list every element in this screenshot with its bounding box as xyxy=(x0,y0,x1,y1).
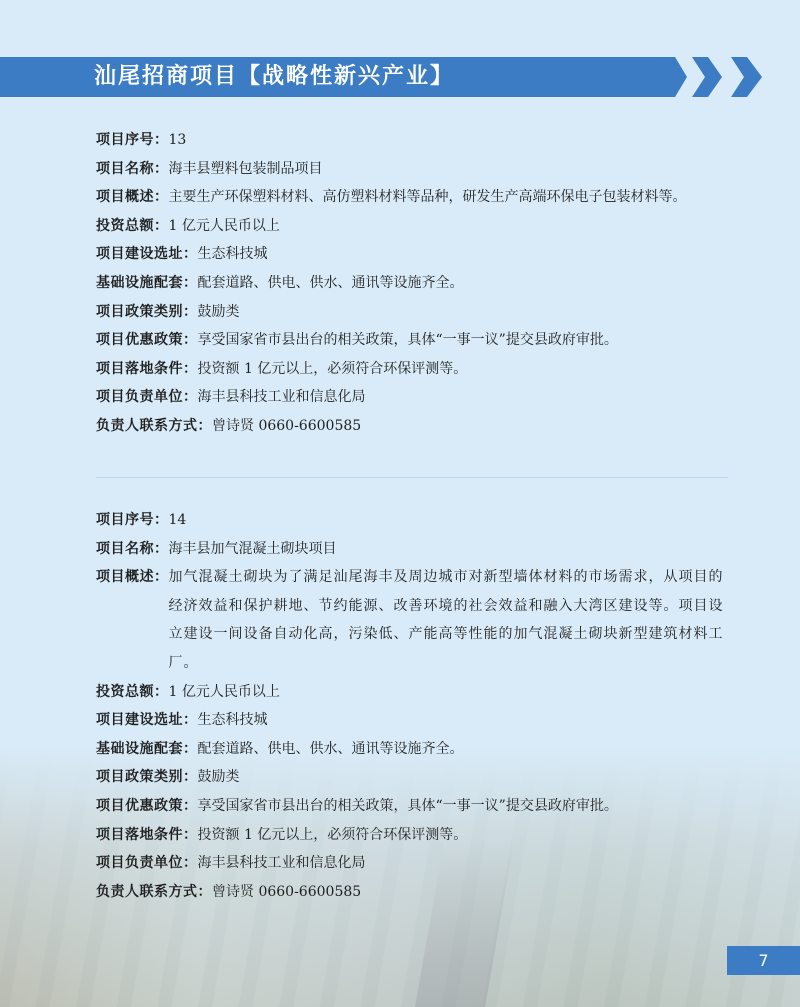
field-responsible-unit: 项目负责单位：海丰县科技工业和信息化局 xyxy=(96,383,736,412)
field-infrastructure: 基础设施配套：配套道路、供电、供水、通讯等设施齐全。 xyxy=(96,269,736,298)
field-conditions: 项目落地条件：投资额 1 亿元以上，必须符合环保评测等。 xyxy=(96,355,736,384)
field-label: 项目概述： xyxy=(96,183,169,212)
field-value: 1 亿元人民币以上 xyxy=(169,212,737,241)
field-contact: 负责人联系方式：曾诗贤 0660-6600585 xyxy=(96,412,736,441)
field-investment: 投资总额：1 亿元人民币以上 xyxy=(96,212,736,241)
field-label: 项目名称： xyxy=(96,535,169,564)
field-investment: 投资总额：1 亿元人民币以上 xyxy=(96,678,736,707)
field-label: 投资总额： xyxy=(96,678,169,707)
field-name: 项目名称：海丰县塑料包装制品项目 xyxy=(96,155,736,184)
field-label: 项目负责单位： xyxy=(96,383,198,412)
field-label: 项目负责单位： xyxy=(96,849,198,878)
field-value: 主要生产环保塑料材料、高仿塑料材料等品种，研发生产高端环保电子包装材料等。 xyxy=(169,183,737,212)
field-value: 生态科技城 xyxy=(198,706,737,735)
field-value: 享受国家省市县出台的相关政策，具体“一事一议”提交县政府审批。 xyxy=(198,326,737,355)
field-value: 14 xyxy=(169,506,737,535)
section-banner: 汕尾招商项目【战略性新兴产业】 xyxy=(0,57,800,97)
field-label: 项目优惠政策： xyxy=(96,792,198,821)
field-serial: 项目序号：14 xyxy=(96,506,736,535)
field-value: 配套道路、供电、供水、通讯等设施齐全。 xyxy=(198,269,737,298)
field-value: 海丰县塑料包装制品项目 xyxy=(169,155,737,184)
field-site: 项目建设选址：生态科技城 xyxy=(96,706,736,735)
field-label: 项目名称： xyxy=(96,155,169,184)
project-block-13: 项目序号：13 项目名称：海丰县塑料包装制品项目 项目概述：主要生产环保塑料材料… xyxy=(96,126,736,441)
field-value: 曾诗贤 0660-6600585 xyxy=(212,878,736,907)
field-value: 配套道路、供电、供水、通讯等设施齐全。 xyxy=(198,735,737,764)
field-label: 负责人联系方式： xyxy=(96,412,212,441)
field-label: 基础设施配套： xyxy=(96,269,198,298)
page-number: 7 xyxy=(727,946,800,975)
field-responsible-unit: 项目负责单位：海丰县科技工业和信息化局 xyxy=(96,849,736,878)
field-label: 负责人联系方式： xyxy=(96,878,212,907)
field-value: 海丰县科技工业和信息化局 xyxy=(198,383,737,412)
field-value: 1 亿元人民币以上 xyxy=(169,678,737,707)
field-preferential-policy: 项目优惠政策：享受国家省市县出台的相关政策，具体“一事一议”提交县政府审批。 xyxy=(96,792,736,821)
field-label: 项目建设选址： xyxy=(96,240,198,269)
field-value: 享受国家省市县出台的相关政策，具体“一事一议”提交县政府审批。 xyxy=(198,792,737,821)
field-value: 13 xyxy=(169,126,737,155)
field-label: 项目序号： xyxy=(96,506,169,535)
field-value: 鼓励类 xyxy=(198,763,737,792)
field-value: 曾诗贤 0660-6600585 xyxy=(212,412,736,441)
field-label: 项目序号： xyxy=(96,126,169,155)
field-site: 项目建设选址：生态科技城 xyxy=(96,240,736,269)
field-label: 项目落地条件： xyxy=(96,821,198,850)
field-name: 项目名称：海丰县加气混凝土砌块项目 xyxy=(96,535,736,564)
field-label: 项目概述： xyxy=(96,563,169,677)
field-value: 生态科技城 xyxy=(198,240,737,269)
field-label: 项目优惠政策： xyxy=(96,326,198,355)
field-value: 鼓励类 xyxy=(198,298,737,327)
field-policy-category: 项目政策类别：鼓励类 xyxy=(96,298,736,327)
field-policy-category: 项目政策类别：鼓励类 xyxy=(96,763,736,792)
field-overview: 项目概述：主要生产环保塑料材料、高仿塑料材料等品种，研发生产高端环保电子包装材料… xyxy=(96,183,736,212)
page-title: 汕尾招商项目【战略性新兴产业】 xyxy=(94,60,454,94)
field-value: 投资额 1 亿元以上，必须符合环保评测等。 xyxy=(198,355,737,384)
project-block-14: 项目序号：14 项目名称：海丰县加气混凝土砌块项目 项目概述：加气混凝土砌块为了… xyxy=(96,506,736,906)
field-label: 基础设施配套： xyxy=(96,735,198,764)
field-serial: 项目序号：13 xyxy=(96,126,736,155)
field-label: 项目建设选址： xyxy=(96,706,198,735)
field-value: 投资额 1 亿元以上，必须符合环保评测等。 xyxy=(198,821,737,850)
field-value: 海丰县科技工业和信息化局 xyxy=(198,849,737,878)
field-label: 项目落地条件： xyxy=(96,355,198,384)
field-label: 项目政策类别： xyxy=(96,763,198,792)
field-preferential-policy: 项目优惠政策：享受国家省市县出台的相关政策，具体“一事一议”提交县政府审批。 xyxy=(96,326,736,355)
field-label: 投资总额： xyxy=(96,212,169,241)
field-contact: 负责人联系方式：曾诗贤 0660-6600585 xyxy=(96,878,736,907)
section-divider xyxy=(96,477,728,478)
field-conditions: 项目落地条件：投资额 1 亿元以上，必须符合环保评测等。 xyxy=(96,821,736,850)
field-overview: 项目概述：加气混凝土砌块为了满足汕尾海丰及周边城市对新型墙体材料的市场需求，从项… xyxy=(96,563,736,677)
field-value: 加气混凝土砌块为了满足汕尾海丰及周边城市对新型墙体材料的市场需求，从项目的经济效… xyxy=(169,563,737,677)
field-infrastructure: 基础设施配套：配套道路、供电、供水、通讯等设施齐全。 xyxy=(96,735,736,764)
field-label: 项目政策类别： xyxy=(96,298,198,327)
field-value: 海丰县加气混凝土砌块项目 xyxy=(169,535,737,564)
